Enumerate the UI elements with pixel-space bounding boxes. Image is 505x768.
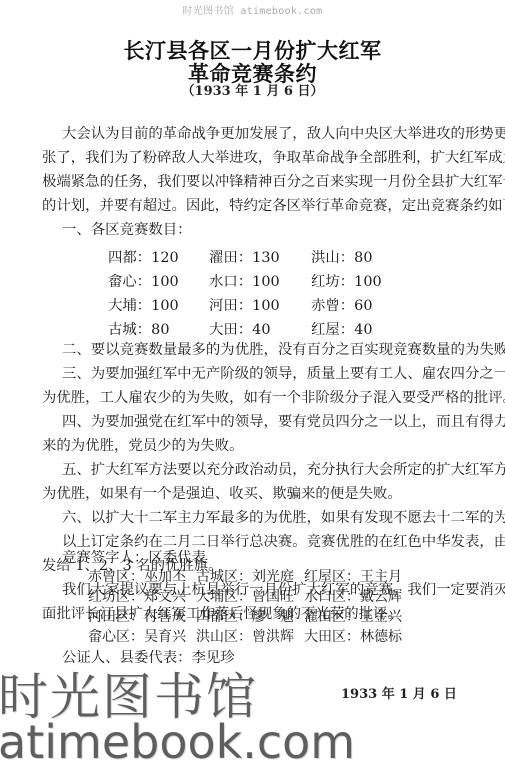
signer-cell: 大埔区：曾国旺 [196,586,294,606]
document-date: （1933 年 1 月 6 日） [0,80,505,99]
quota-cell: 红坊：100 [311,270,382,291]
paragraph-line: 五、扩大红军方法要以充分政治动员，充分执行大会所定的扩大红军方法的 [62,462,454,478]
closing-date: 1933 年 1 月 6 日 [341,683,457,702]
signer-cell: 红坊区：郑文兴 [88,586,186,606]
quota-cell: 四都：120 [108,246,179,267]
paragraph-line: 来的为优胜，党员少的为失败。 [42,438,454,454]
quota-cell: 水口：100 [209,270,280,291]
quota-cell: 畲心：100 [108,270,179,291]
signer-cell: 大田区：林德标 [304,626,402,646]
signer-cell: 水口区：戴云辉 [304,586,402,606]
quota-cell: 洪山：80 [311,246,372,267]
signer-cell: 赤曾区：巫加丕 [88,566,186,586]
signer-cell: 四都区：廖 魁 [196,606,294,626]
paragraph-line: 极端紧急的任务，我们要以冲锋精神百分之百来实现一月份全县扩大红军一千名 [42,174,454,190]
signer-cell: 河田区：付善成 [88,606,186,626]
paragraph-line: 三、为要加强红军中无产阶级的领导，质量上要有工人、雇农四分之一以上 [62,366,454,382]
signer-cell: 红屋区：王主月 [304,566,402,586]
watermark-url: atimebook.com [0,715,355,768]
top-watermark: 时光图书馆 atimebook.com [0,2,505,17]
paragraph-line: 六、以扩大十二军主力军最多的为优胜，如果有发现不愿去十二军的为失败。 [62,510,454,526]
paragraph-line: 二、要以竞赛数量最多的为优胜，没有百分之百实现竞赛数量的为失败。 [62,342,454,358]
paragraph-line: 四、为要加强党在红军中的领导，要有党员四分之一以上，而且有得力干部 [62,414,454,430]
signers-label: 竞赛签字人：区委代表 [62,546,206,567]
quota-cell: 大田：40 [209,318,270,339]
quota-cell: 大埔：100 [108,294,179,315]
signer-cell: 濯田区：王金兴 [304,606,402,626]
paragraph-line: 为优胜，如果有一个是强迫、收买、欺骗来的便是失败。 [42,486,454,502]
quota-cell: 红屋：40 [311,318,372,339]
section-heading: 一、各区竞赛数目： [62,222,454,238]
quota-cell: 河田：100 [209,294,280,315]
paragraph-line: 为优胜，工人雇农少的为失败，如有一个非阶级分子混入要受严格的批评。 [42,390,454,406]
signer-cell: 洪山区：曾洪辉 [196,626,294,646]
quota-cell: 濯田：130 [209,246,280,267]
paragraph-line: 的计划，并要有超过。因此，特约定各区举行革命竞赛，定出竞赛条约如下： [42,198,454,214]
signer-cell: 畲心区：吴育兴 [88,626,186,646]
paragraph-line: 张了，我们为了粉碎敌人大举进攻，争取革命战争全部胜利，扩大红军成为目前 [42,150,454,166]
quota-cell: 赤曾：60 [311,294,372,315]
signer-cell: 古城区：刘光庭 [196,566,294,586]
paragraph-line: 大会认为目前的革命战争更加发展了，敌人向中央区大举进攻的形势更加紧 [62,126,454,142]
quota-cell: 古城：80 [108,318,169,339]
